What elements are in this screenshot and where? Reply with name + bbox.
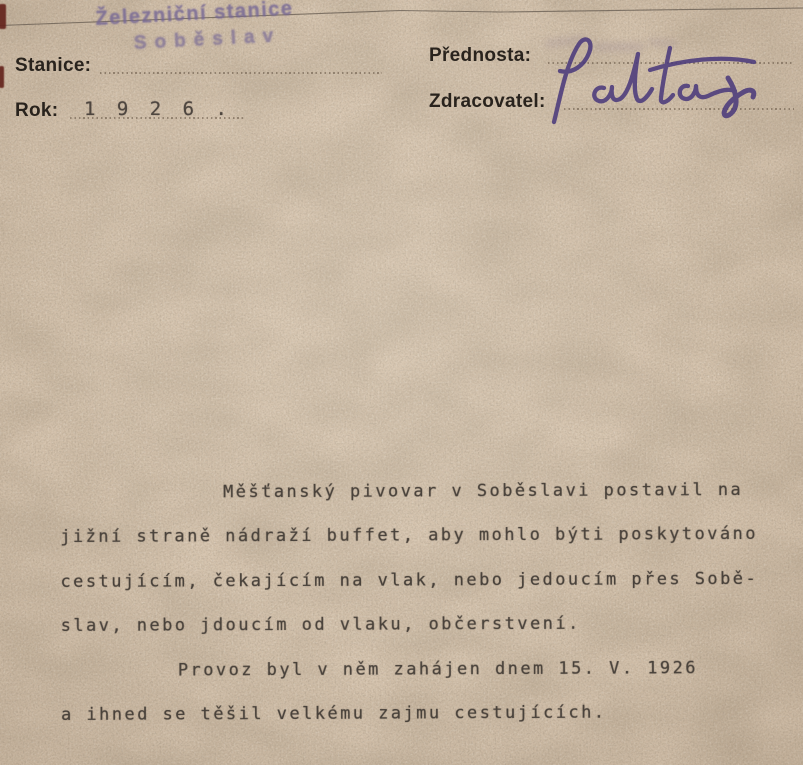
zdracovatel-signature: [532, 36, 772, 128]
prednosta-label: Přednosta:: [429, 45, 531, 67]
stanice-label: Stanice:: [15, 55, 91, 77]
typed-line: cestujícím, čekajícím na vlak, nebo jedo…: [60, 557, 785, 605]
typed-line: slav, nebo jdoucím od vlaku, občerstvení…: [61, 601, 786, 649]
station-rubber-stamp: Železniční stanice Soběslav: [95, 0, 295, 57]
typed-line: Měšťanský pivovar v Soběslavi postavil n…: [60, 468, 785, 516]
stamp-text-line2: Soběslav: [133, 25, 295, 55]
left-edge-mark: [0, 66, 4, 88]
typed-line: a ihned se těšil velkému zajmu cestující…: [61, 690, 786, 738]
scanned-document-page: Stanice: Rok: 1 9 2 6 . Přednosta: Zdrac…: [0, 0, 803, 765]
typed-paragraphs: Měšťanský pivovar v Soběslavi postavil n…: [60, 468, 786, 738]
zdracovatel-label: Zdracovatel:: [429, 91, 546, 113]
stanice-dotted-line: [100, 72, 382, 74]
rok-label: Rok:: [15, 100, 58, 122]
rok-typed-value: 1 9 2 6 .: [84, 98, 232, 120]
typed-line: Provoz byl v něm zahájen dnem 15. V. 192…: [61, 645, 786, 693]
typed-line: jižní straně nádraží buffet, aby mohlo b…: [60, 512, 785, 560]
left-edge-mark: [0, 4, 6, 29]
